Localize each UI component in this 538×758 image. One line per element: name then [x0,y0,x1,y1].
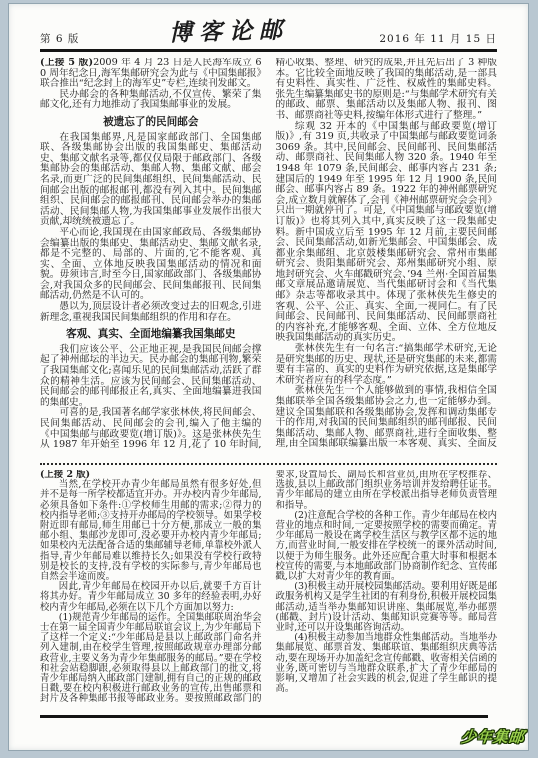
paragraph: 民办邮会的各种集邮活动,不仅宣传、繁荣了集邮文化,还有力地推动了我国集邮事业的发… [40,90,262,111]
paragraph: 平心而论,我国现在由国家邮政局、各级集邮协会编纂出版的集邮史、集邮活动史、集邮文… [40,228,262,302]
paragraph: 因此,青少年邮局在校园开办以后,就要千方百计将其办好。青少年邮局成立 30 多年… [40,582,262,613]
article-philately-history: (上接 5 版)2009 年 4 月 23 日是人民海军成立 60 周年纪念日,… [40,58,497,459]
paragraph: (上接 5 版)2009 年 4 月 23 日是人民海军成立 60 周年纪念日,… [40,58,262,90]
paragraph: 我们应该公平、公正地正视,是我国民间邮会撑起了神州邮坛的半边天。民办邮会的集邮刊… [40,345,262,409]
continued-from-label: (上接 5 版) [40,58,93,68]
paragraph: (4)积极主动参加当地群众性集邮活动。当地举办集邮展览、邮票首发、集邮联谊、集邮… [276,633,498,694]
section-heading: 被遗忘了的民间邮会 [40,117,262,128]
paragraph: (3)积极主动开展校园集邮活动。要利用好既是邮政服务机构又是学生社团的有利身份,… [276,582,498,633]
section-heading: 客观、真实、全面地编纂我国集邮史 [40,329,262,340]
paragraph: 当然,在学校开办青少年邮局虽然有很多好处,但并不是每一所学校都适宜开办。开办校内… [40,480,262,582]
bottom-rule [40,715,488,718]
masthead-title: 博客论邮 [169,11,290,47]
footer-logo: 少年集邮 [460,726,526,747]
paragraph: 愚以为,顶层设计者必须改变过去的旧观念,引进新理念,重视我国民间集邮组织的作用和… [40,302,262,323]
newspaper-page: 第 6 版 博客论邮 2016 年 11 月 15 日 (上接 5 版)2009… [8,3,529,751]
page-number: 第 6 版 [40,31,79,46]
newspaper-scan: { "colors": { "frame_bg": "#b9c7d1", "pa… [0,0,538,758]
issue-date: 2016 年 11 月 15 日 [379,31,497,46]
header-rule [40,49,497,52]
article-youth-post-office: (上接 2 版) 当然,在学校开办青少年邮局虽然有很多好处,但并不是每一所学校都… [40,470,497,711]
dotted-divider [40,463,497,465]
paragraph: (2)注意配合学校的各种工作。青少年邮局在校内营业的地点和时间,一定要按照学校的… [276,511,498,582]
paragraph: 张林侠先生有一句名言:“搞集邮学术研究,无论是研究集邮的历史、现状,还是研究集邮… [276,344,498,386]
page-header: 第 6 版 博客论邮 2016 年 11 月 15 日 [40,4,497,46]
paragraph: 综观 32 开本的《中国集邮与邮政要览(增订版)》,有 319 页,共收录了中国… [276,122,498,344]
paragraph: 在我国集邮界,凡是国家邮政部门、全国集邮联、各级集邮协会出版的我国集邮史、集邮活… [40,133,262,228]
